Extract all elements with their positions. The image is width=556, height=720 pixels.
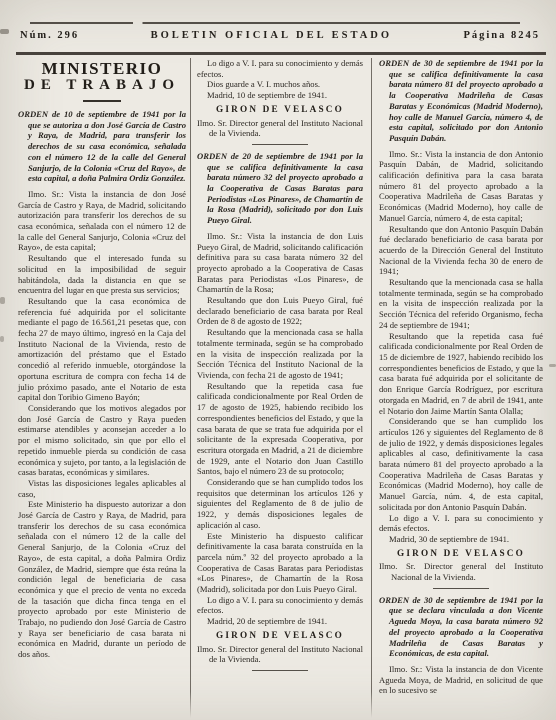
column-1: MINISTERIO DE TRABAJO ORDEN de 10 de sep… [18,58,186,660]
page-header: Núm. 296 BOLETIN OFICIAL DEL ESTADO Pági… [20,30,540,41]
order-paragraph: Considerando que se han cumplido todos l… [197,477,363,531]
order-paragraph: Vistas las disposiciones legales aplicab… [18,478,186,499]
order-paragraph: Considerando que los motivos alegados po… [18,403,186,478]
order-paragraph: Resultando que la mencionada casa se hal… [379,277,543,331]
order-paragraph: Considerando que se han cumplido los art… [379,416,543,512]
signature: GIRON DE VELASCO [379,548,543,559]
header-top-rule [30,22,520,24]
order-paragraph: Este Ministerio ha dispuesto calificar d… [197,531,363,595]
scan-artifact [549,364,556,367]
order-divider [252,144,308,145]
order-summary: ORDEN de 30 de septiembre de 1941 por la… [379,595,543,659]
order-summary: ORDEN de 20 de septiembre de 1941 por la… [197,151,363,226]
order-paragraph: Lo digo a V. I. para su conocimiento y d… [379,513,543,534]
signature: GIRON DE VELASCO [197,104,363,115]
order-divider [252,670,308,671]
order-paragraph: Resultando que el interesado funda su so… [18,253,186,296]
header-bottom-rule [16,52,546,55]
order-paragraph: Madrid, 20 de septiembre de 1941. [197,616,363,627]
order-paragraph: Resultando que la repetida casa fue cali… [197,381,363,477]
column-2: Lo digo a V. I. para su conocimiento y d… [197,58,363,677]
order-paragraph: Resultando que la repetida casa fué cali… [379,331,543,417]
scan-artifact [0,29,9,34]
closing-paragraph: Madrid, 10 de septiembre de 1941. [197,90,363,101]
order-paragraph: Madrid, 30 de septiembre de 1941. [379,534,543,545]
column-3: ORDEN de 30 de septiembre de 1941 por la… [379,58,543,696]
scan-artifact [0,297,5,304]
order-paragraph: Ilmo. Sr.: Vista la instancia de don Vic… [379,664,543,696]
ministry-heading: MINISTERIO DE TRABAJO [18,60,186,94]
closing-paragraph: Dios guarde a V. I. muchos años. [197,79,363,90]
issue-number: Núm. 296 [20,30,79,41]
signature: GIRON DE VELASCO [197,630,363,641]
page-number: Página 8245 [463,30,540,41]
ministry-title-line1: MINISTERIO [18,60,186,77]
section-divider [83,100,121,102]
order-paragraph: Lo digo a V. I. para su conocimiento y d… [197,595,363,616]
order-paragraph: Resultando que don Antonio Pasquín Dabán… [379,224,543,278]
order-paragraph: Resultando que don Luis Pueyo Giral, fué… [197,295,363,327]
closing-paragraph: Lo digo a V. I. para su conocimiento y d… [197,58,363,79]
order-paragraph: Este Ministerio ha dispuesto autorizar a… [18,499,186,660]
order-divider [433,588,489,589]
order-summary: ORDEN de 30 de septiembre de 1941 por la… [379,58,543,144]
column-divider-1 [190,58,191,718]
order-paragraph: Ilmo. Sr.: Vista la instancia de don Jos… [18,189,186,253]
order-paragraph: Resultando que la casa económica de refe… [18,296,186,403]
order-summary: ORDEN de 10 de septiembre de 1941 por la… [18,109,186,184]
ministry-title-line2: DE TRABAJO [18,77,186,94]
masthead-title: BOLETIN OFICIAL DEL ESTADO [151,30,392,41]
addressee: Ilmo. Sr. Director general del Instituto… [197,118,363,139]
addressee: Ilmo. Sr. Director general del Instituto… [379,561,543,582]
scan-artifact [0,336,4,342]
addressee: Ilmo. Sr. Director general del Instituto… [197,644,363,665]
order-paragraph: Ilmo. Sr.: Vista la instancia de don Ant… [379,149,543,224]
column-divider-2 [371,58,372,718]
order-paragraph: Resultando que la mencionada casa se hal… [197,327,363,381]
order-paragraph: Ilmo. Sr.: Vista la instancia de don Lui… [197,231,363,295]
